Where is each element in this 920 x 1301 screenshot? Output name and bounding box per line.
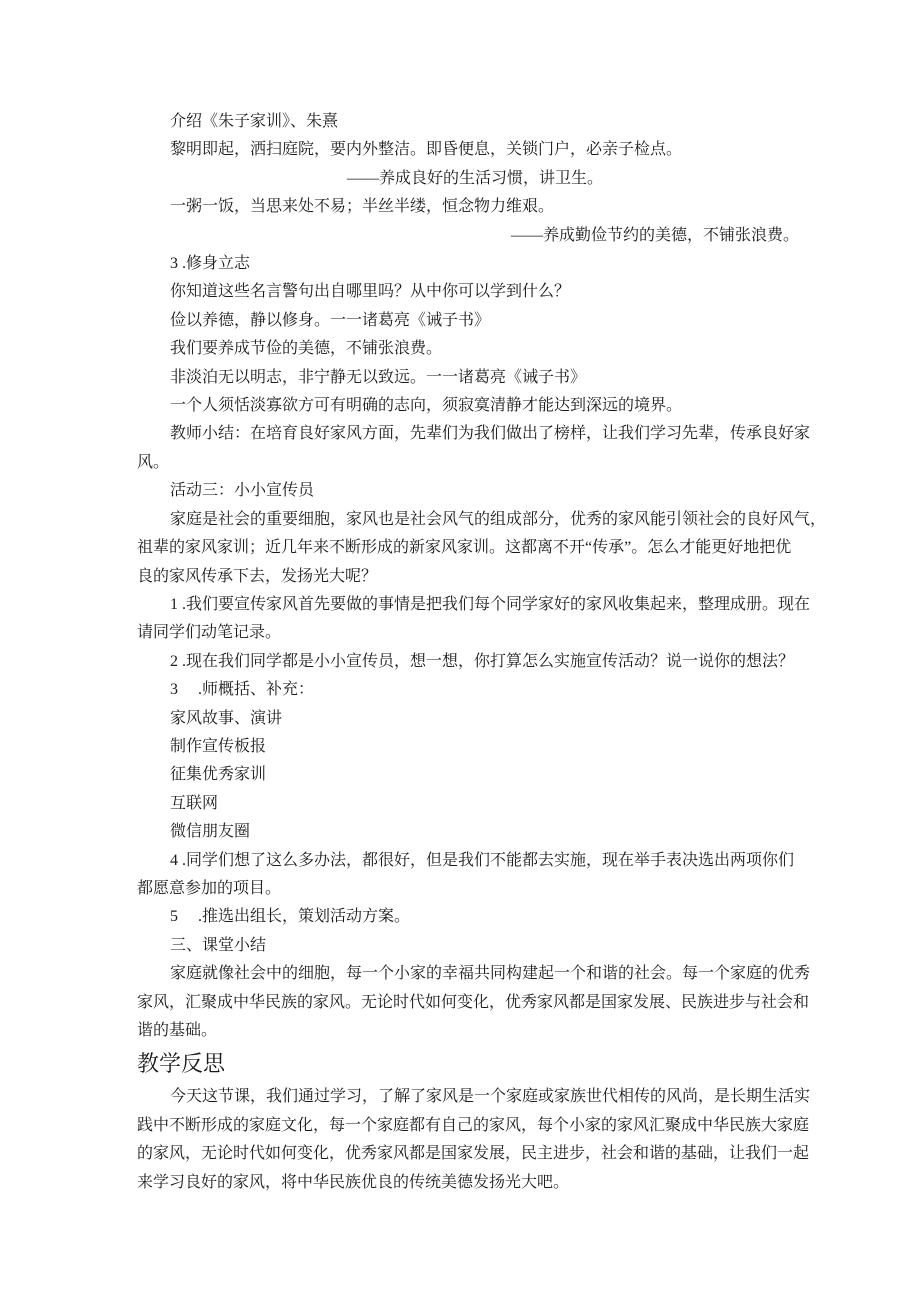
text-line: 家庭是社会的重要细胞，家风也是社会风气的组成部分，优秀的家风能引领社会的良好风气…	[137, 506, 813, 534]
text-line: 谐的基础。	[137, 1017, 813, 1045]
text-line: 3 .修身立志	[137, 250, 813, 278]
text-line: 教师小结：在培育良好家风方面，先辈们为我们做出了榜样，让我们学习先辈，传承良好家	[137, 420, 813, 448]
text-line: 制作宣传板报	[137, 733, 813, 761]
section-heading: 教学反思	[137, 1045, 813, 1083]
text-line: ——养成良好的生活习惯，讲卫生。	[137, 165, 813, 193]
text-line: 2 .现在我们同学都是小小宣传员，想一想，你打算怎么实施宣传活动？说一说你的想法…	[137, 648, 813, 676]
text-line: 三、课堂小结	[137, 932, 813, 960]
text-line: 微信朋友圈	[137, 818, 813, 846]
text-line: ——养成勤俭节约的美德，不铺张浪费。	[137, 222, 813, 250]
text-line: 活动三：小小宣传员	[137, 477, 813, 505]
text-line: 介绍《朱子家训》、朱熹	[137, 108, 813, 136]
text-line: 良的家风传承下去，发扬光大呢？	[137, 563, 813, 591]
text-line: 一个人须恬淡寡欲方可有明确的志向，须寂寞清静才能达到深远的境界。	[137, 392, 813, 420]
text-line: 的家风，无论时代如何变化，优秀家风都是国家发展，民主进步，社会和谐的基础，让我们…	[137, 1140, 813, 1168]
text-line: 请同学们动笔记录。	[137, 619, 813, 647]
text-line: 你知道这些名言警句出自哪里吗？从中你可以学到什么？	[137, 278, 813, 306]
document-page: 介绍《朱子家训》、朱熹黎明即起，洒扫庭院，要内外整洁。即昏便息，关锁门户，必亲子…	[0, 0, 920, 1301]
text-line: 都愿意参加的项目。	[137, 875, 813, 903]
text-line: 4 .同学们想了这么多办法，都很好，但是我们不能都去实施，现在举手表决选出两项你…	[137, 847, 813, 875]
text-line: 非淡泊无以明志，非宁静无以致远。一一诸葛亮《诫子书》	[137, 364, 813, 392]
text-line: 家风，汇聚成中华民族的家风。无论时代如何变化，优秀家风都是国家发展、民族进步与社…	[137, 989, 813, 1017]
text-line: 我们要养成节俭的美德，不铺张浪费。	[137, 335, 813, 363]
text-line: 家庭就像社会中的细胞，每一个小家的幸福共同构建起一个和谐的社会。每一个家庭的优秀	[137, 960, 813, 988]
text-line: 黎明即起，洒扫庭院，要内外整洁。即昏便息，关锁门户，必亲子检点。	[137, 136, 813, 164]
text-line: 征集优秀家训	[137, 761, 813, 789]
text-line: 互联网	[137, 790, 813, 818]
text-line: 3 .师概括、补充：	[137, 676, 813, 704]
text-line: 践中不断形成的家庭文化，每一个家庭都有自己的家风，每个小家的家风汇聚成中华民族大…	[137, 1112, 813, 1140]
text-line: 祖辈的家风家训；近几年来不断形成的新家风家训。这都离不开“传承”。怎么才能更好地…	[137, 534, 813, 562]
text-line: 来学习良好的家风，将中华民族优良的传统美德发扬光大吧。	[137, 1169, 813, 1197]
text-line: 5 .推选出组长，策划活动方案。	[137, 903, 813, 931]
text-line: 风。	[137, 449, 813, 477]
text-line: 一粥一饭，当思来处不易；半丝半缕，恒念物力维艰。	[137, 193, 813, 221]
text-line: 1 .我们要宣传家风首先要做的事情是把我们每个同学家好的家风收集起来，整理成册。…	[137, 591, 813, 619]
text-line: 俭以养德，静以修身。一一诸葛亮《诫子书》	[137, 307, 813, 335]
text-line: 今天这节课，我们通过学习，了解了家风是一个家庭或家族世代相传的风尚，是长期生活实	[137, 1083, 813, 1111]
document-body: 介绍《朱子家训》、朱熹黎明即起，洒扫庭院，要内外整洁。即昏便息，关锁门户，必亲子…	[0, 0, 843, 1197]
text-line: 家风故事、演讲	[137, 705, 813, 733]
